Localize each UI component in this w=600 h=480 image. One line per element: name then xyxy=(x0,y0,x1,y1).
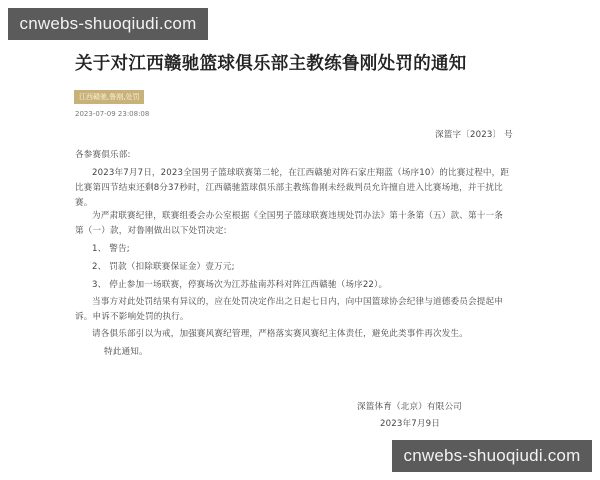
publish-time: 2023-07-09 23:08:08 xyxy=(75,110,149,118)
para1-line1: 2023年7月7日，2023全国男子篮球联赛第二轮，在江西赣驰对阵石家庄翔蓝（场… xyxy=(92,166,509,178)
penalty-item-1: 1、 警告; xyxy=(92,242,130,254)
para1-line2: 比赛第四节结束还剩8分37秒时，江西赣驰篮球俱乐部主教练鲁刚未经裁判员允许擅自进… xyxy=(75,181,503,193)
greeting: 各参赛俱乐部: xyxy=(75,148,131,160)
para2-line2: 第（一）款，对鲁刚做出以下处罚决定: xyxy=(75,224,227,236)
issue-date: 2023年7月9日 xyxy=(380,417,440,429)
penalty-item-3: 3、 停止参加一场联赛，停赛场次为江苏盐南苏科对阵江西赣驰（场序22）。 xyxy=(92,278,387,290)
issuer: 深篮体育（北京）有限公司 xyxy=(357,400,462,412)
article-title: 关于对江西赣驰篮球俱乐部主教练鲁刚处罚的通知 xyxy=(75,50,467,75)
para3-line1: 当事方对此处罚结果有异议的，应在处罚决定作出之日起七日内，向中国篮球协会纪律与道… xyxy=(92,295,503,307)
para2-line1: 为严肃联赛纪律，联赛组委会办公室根据《全国男子篮球联赛违规处罚办法》第十条第（五… xyxy=(92,209,503,221)
article-tag[interactable]: 江西赣驰,鲁刚,处罚 xyxy=(74,90,144,104)
watermark-top: cnwebs-shuoqiudi.com xyxy=(8,8,208,40)
para1-line3: 赛。 xyxy=(75,196,93,208)
watermark-bottom: cnwebs-shuoqiudi.com xyxy=(392,440,592,472)
para4: 请各俱乐部引以为戒，加强赛风赛纪管理，严格落实赛风赛纪主体责任，避免此类事件再次… xyxy=(92,327,468,339)
penalty-item-2: 2、 罚款（扣除联赛保证金）壹万元; xyxy=(92,260,235,272)
para3-line2: 诉。申诉不影响处罚的执行。 xyxy=(75,310,189,322)
doc-number: 深篮字〔2023〕 号 xyxy=(435,128,513,140)
closing: 特此通知。 xyxy=(104,345,148,357)
